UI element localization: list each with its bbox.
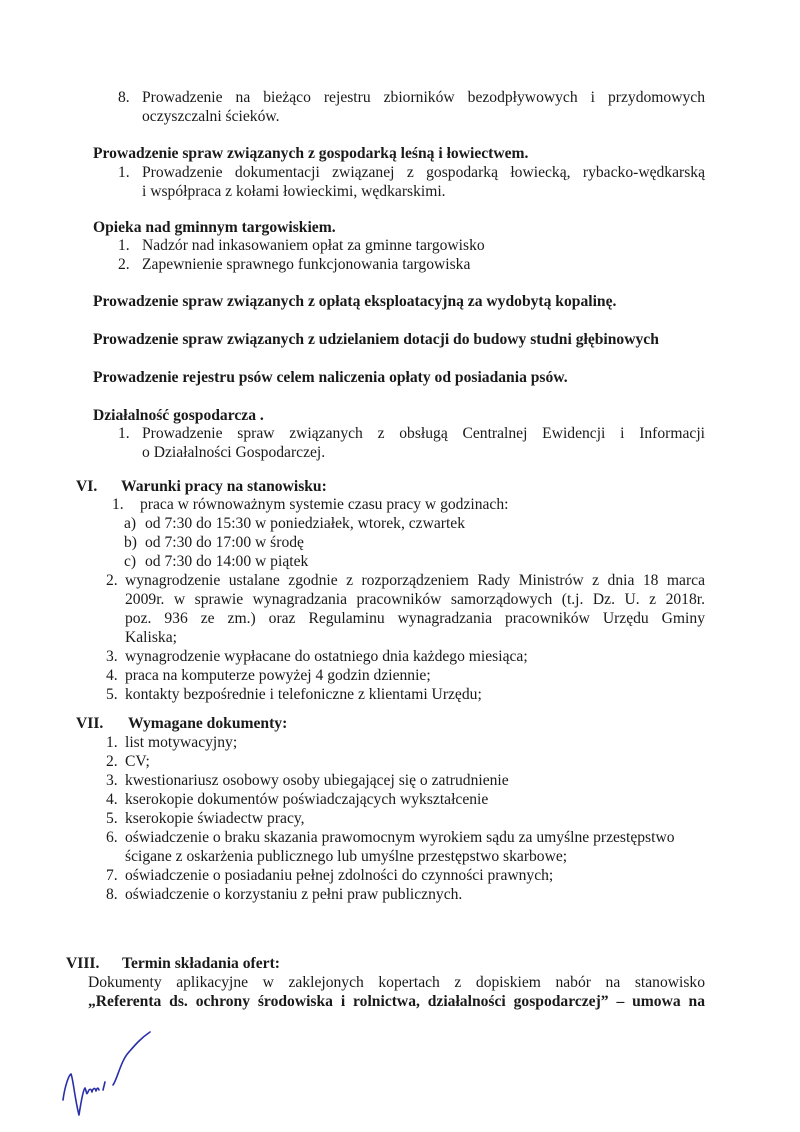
list-number: 4.: [106, 666, 118, 685]
text-line: Prowadzenie na bieżąco rejestru zbiornik…: [142, 88, 705, 107]
list-number: 8.: [118, 88, 130, 107]
list-number: 5.: [106, 809, 118, 828]
list-number: 7.: [106, 866, 118, 885]
subitem-text: od 7:30 do 14:00 w piątek: [145, 552, 308, 571]
list-number: 3.: [106, 771, 118, 790]
section-heading-dogs: Prowadzenie rejestru psów celem naliczen…: [93, 368, 568, 387]
section-heading-viii: Termin składania ofert:: [122, 954, 280, 973]
list-number: 1.: [112, 495, 124, 514]
signature-icon: [55, 1030, 175, 1125]
list-number: 1.: [118, 424, 130, 443]
list-number: 4.: [106, 790, 118, 809]
list-number: 2.: [118, 255, 130, 274]
list-item-text: praca w równoważnym systemie czasu pracy…: [140, 495, 508, 514]
list-number: 1.: [106, 733, 118, 752]
list-item-text: oświadczenie o braku skazania prawomocny…: [125, 828, 720, 866]
list-item-text: Nadzór nad inkasowaniem opłat za gminne …: [142, 236, 485, 255]
section-heading-business: Działalność gospodarcza .: [93, 406, 264, 425]
list-item-text: Prowadzenie spraw związanych z obsługą C…: [142, 424, 705, 462]
text-line: oświadczenie o braku skazania prawomocny…: [125, 828, 720, 847]
list-item-text: CV;: [125, 752, 150, 771]
section-heading-wells: Prowadzenie spraw związanych z udzielani…: [93, 330, 659, 349]
section-numeral: VI.: [76, 477, 97, 496]
section-heading-vii: Wymagane dokumenty:: [128, 714, 287, 733]
list-number: 8.: [106, 885, 118, 904]
list-item-text: wynagrodzenie ustalane zgodnie z rozporz…: [125, 571, 705, 647]
text-line: ścigane z oskarżenia publicznego lub umy…: [125, 847, 720, 866]
subitem-letter: c): [124, 552, 136, 571]
list-item-text: kserokopie dokumentów poświadczających w…: [125, 790, 488, 809]
text-line: Prowadzenie dokumentacji związanej z gos…: [142, 163, 705, 182]
text-line: Prowadzenie spraw związanych z obsługą C…: [142, 424, 705, 443]
paragraph-line-bold: „Referenta ds. ochrony środowiska i roln…: [88, 992, 705, 1011]
section-heading-market: Opieka nad gminnym targowiskiem.: [93, 218, 336, 237]
text-line: o Działalności Gospodarczej.: [142, 443, 705, 462]
list-number: 5.: [106, 685, 118, 704]
list-item-text: oświadczenie o korzystaniu z pełni praw …: [125, 885, 462, 904]
list-item-text: Zapewnienie sprawnego funkcjonowania tar…: [142, 255, 470, 274]
text-line: oczyszczalni ścieków.: [142, 107, 705, 126]
section-heading-mining-fee: Prowadzenie spraw związanych z opłatą ek…: [93, 292, 616, 311]
subitem-text: od 7:30 do 15:30 w poniedziałek, wtorek,…: [145, 514, 465, 533]
text-line: wynagrodzenie ustalane zgodnie z rozporz…: [125, 571, 705, 590]
section-heading-forestry: Prowadzenie spraw związanych z gospodark…: [93, 144, 528, 163]
list-number: 2.: [106, 752, 118, 771]
subitem-letter: b): [124, 533, 137, 552]
list-item-text: kserokopie świadectw pracy,: [125, 809, 305, 828]
section-heading-vi: Warunki pracy na stanowisku:: [121, 477, 327, 496]
text-line: Kaliska;: [125, 628, 705, 647]
section-numeral: VIII.: [66, 954, 99, 973]
subitem-text: od 7:30 do 17:00 w środę: [145, 533, 304, 552]
list-item-text: Prowadzenie na bieżąco rejestru zbiornik…: [142, 88, 705, 126]
list-item-text: wynagrodzenie wypłacane do ostatniego dn…: [125, 647, 528, 666]
list-number: 1.: [118, 236, 130, 255]
list-item-text: kwestionariusz osobowy osoby ubiegającej…: [125, 771, 509, 790]
subitem-letter: a): [124, 514, 136, 533]
list-number: 3.: [106, 647, 118, 666]
text-line: i współpraca z kołami łowieckimi, wędkar…: [142, 182, 705, 201]
section-numeral: VII.: [76, 714, 103, 733]
paragraph-line: Dokumenty aplikacyjne w zaklejonych kope…: [88, 973, 705, 992]
list-item-text: praca na komputerze powyżej 4 godzin dzi…: [125, 666, 431, 685]
list-number: 1.: [118, 163, 130, 182]
list-number: 6.: [106, 828, 118, 847]
list-item-text: oświadczenie o posiadaniu pełnej zdolnoś…: [125, 866, 553, 885]
list-item-text: kontakty bezpośrednie i telefoniczne z k…: [125, 685, 482, 704]
text-line: poz. 936 ze zm.) oraz Regulaminu wynagra…: [125, 609, 705, 628]
list-item-text: list motywacyjny;: [125, 733, 237, 752]
list-number: 2.: [106, 571, 118, 590]
list-item-text: Prowadzenie dokumentacji związanej z gos…: [142, 163, 705, 201]
text-line: 2009r. w sprawie wynagradzania pracownik…: [125, 590, 705, 609]
